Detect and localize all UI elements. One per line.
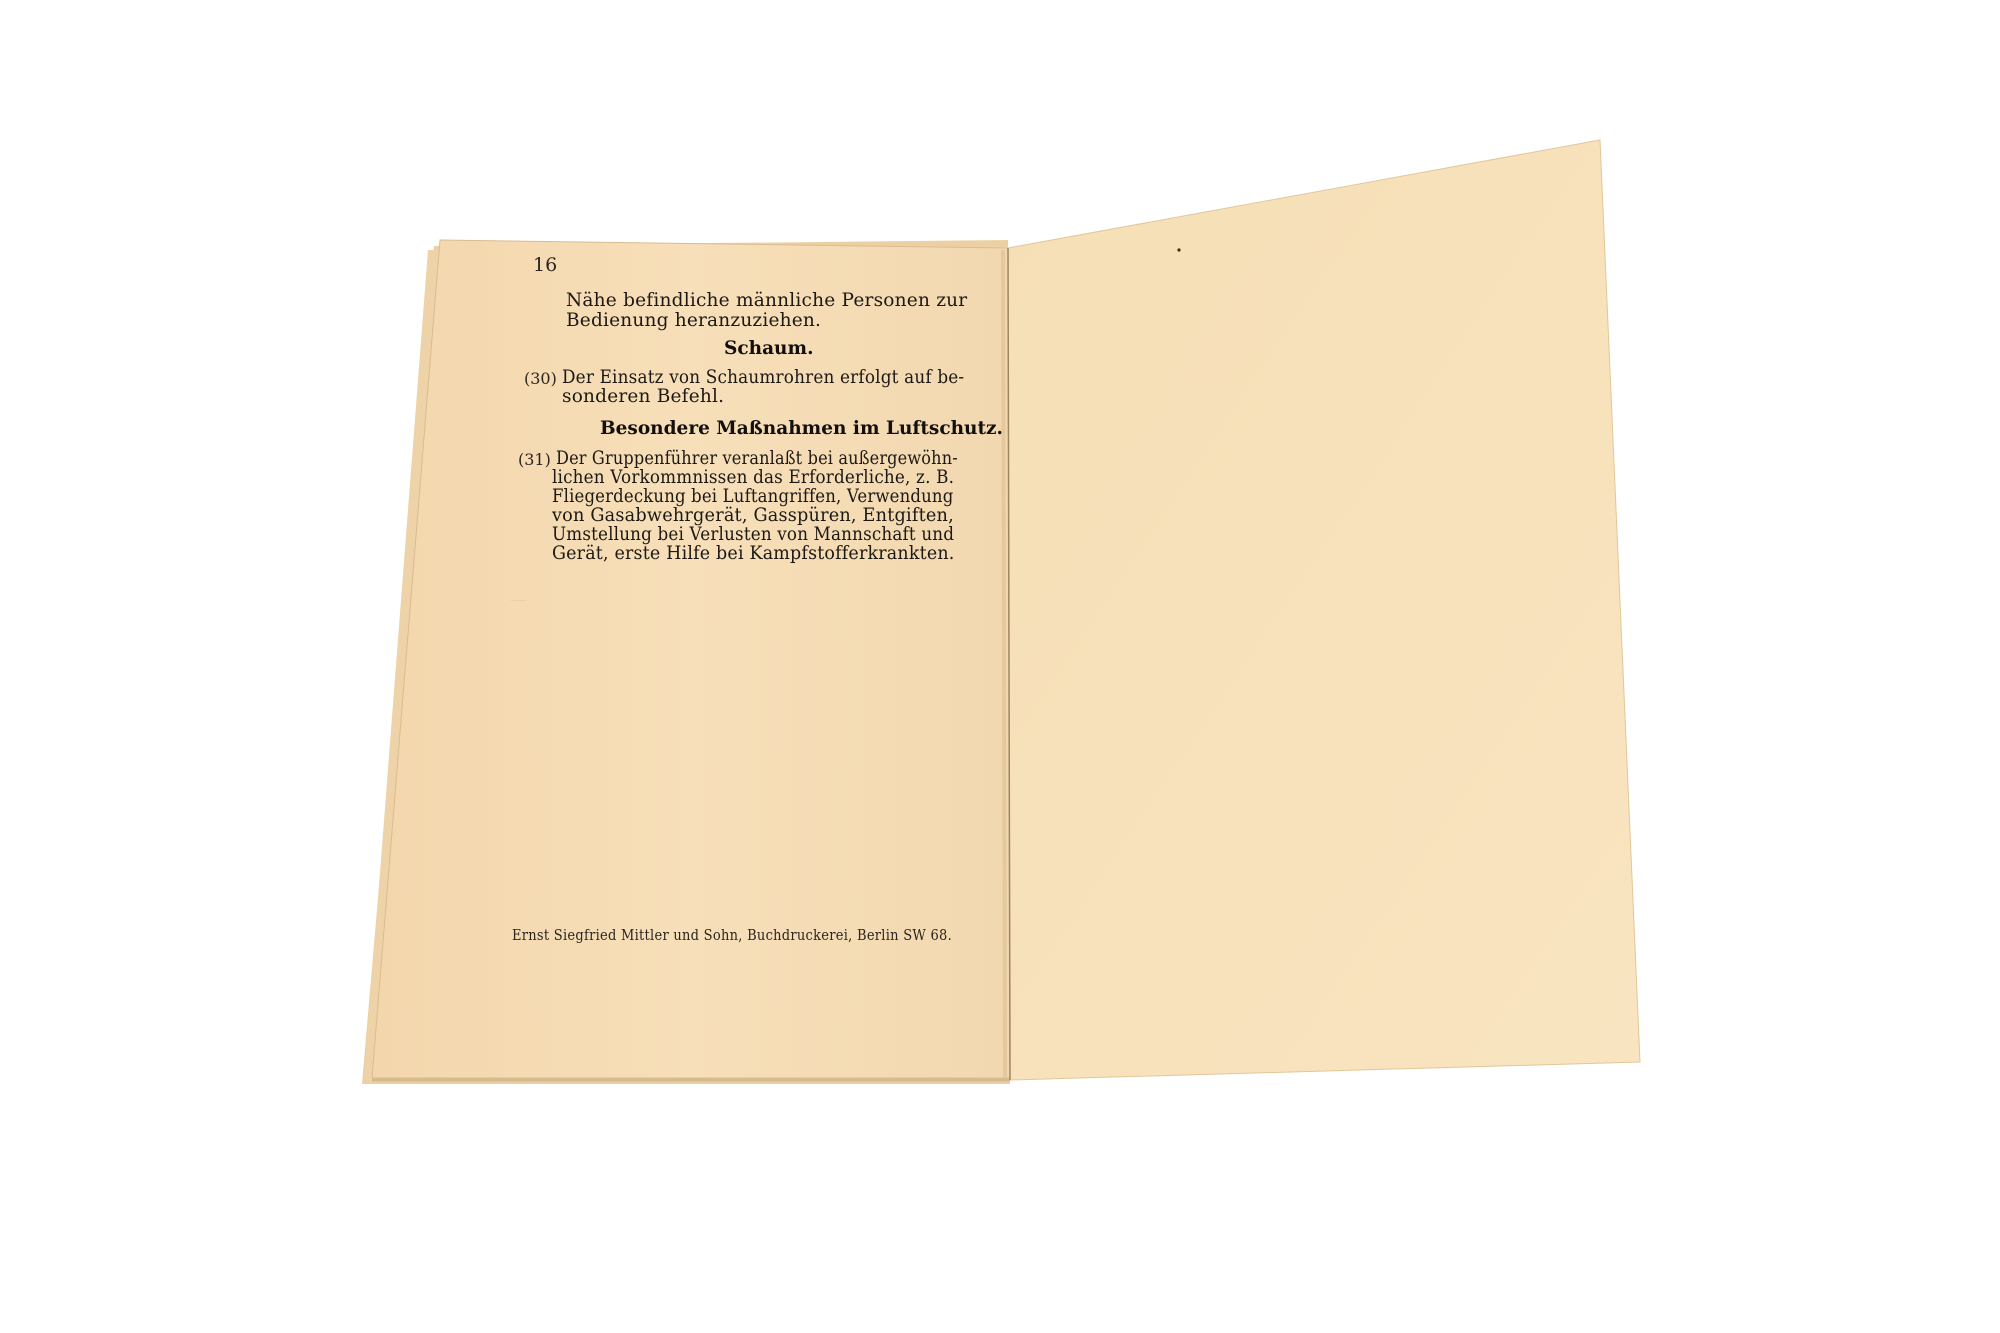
page-number: 16 — [533, 254, 557, 276]
text-line: sonderen Befehl. — [562, 386, 724, 407]
printer-imprint: Ernst Siegfried Mittler und Sohn, Buchdr… — [512, 928, 952, 944]
left-page[interactable] — [372, 240, 1010, 1078]
booklet-photo: — 16 Nähe befindliche männliche Personen… — [0, 0, 2000, 1333]
text-line: Der Einsatz von Schaumrohren erfolgt auf… — [562, 367, 964, 388]
right-page[interactable] — [1008, 140, 1640, 1080]
paragraph-number: (30) — [524, 369, 557, 388]
text-line: Umstellung bei Verlusten von Mannschaft … — [552, 524, 954, 545]
text-line: Der Gruppenführer veranlaßt bei außergew… — [556, 448, 958, 469]
text-line: von Gasabwehrgerät, Gasspüren, Entgiften… — [552, 505, 954, 526]
text-line: Gerät, erste Hilfe bei Kampfstofferkrank… — [552, 543, 955, 564]
text-line: Fliegerdeckung bei Luftangriffen, Verwen… — [552, 486, 953, 507]
section-heading: Besondere Maßnahmen im Luftschutz. — [600, 418, 1003, 439]
show-through-text: — — [510, 590, 527, 610]
text-line: Nähe befindliche männliche Personen zur — [566, 290, 955, 311]
booklet-pages — [0, 0, 2000, 1333]
section-heading: Schaum. — [724, 338, 814, 359]
text-line: Bedienung heranzuziehen. — [566, 310, 821, 331]
paragraph-number: (31) — [518, 450, 551, 469]
text-line: lichen Vorkommnissen das Erforderliche, … — [552, 467, 954, 488]
